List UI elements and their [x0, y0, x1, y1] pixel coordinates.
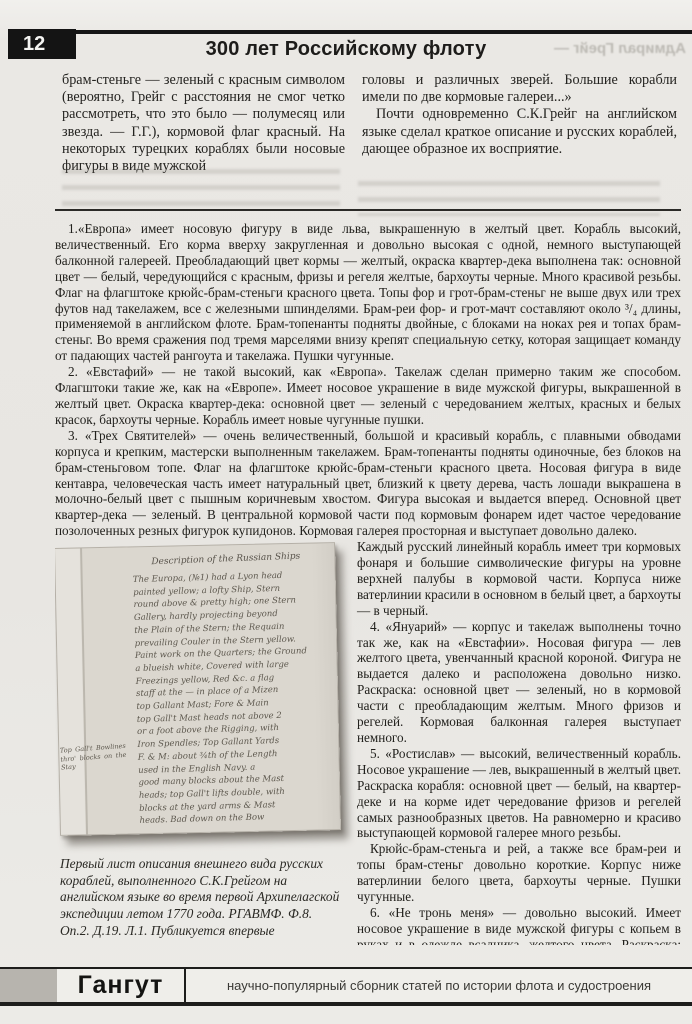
manuscript-margin-note: Top Gall't Bowlines thro' blocks on the … — [60, 742, 128, 772]
footer-gray-block — [0, 969, 57, 1002]
article-paragraph-2: 2. «Евстафий» — не такой высокий, как «Е… — [55, 364, 681, 428]
article-paragraph-3: 3. «Трех Святителей» — очень величествен… — [55, 428, 681, 539]
page-footer: Гангут научно-популярный сборник статей … — [0, 967, 692, 1006]
section-divider-rule — [55, 209, 681, 211]
intro-left-paragraph: брам-стеньге — зеленый с красным символо… — [62, 72, 345, 175]
intro-left-column: брам-стеньге — зеленый с красным символо… — [62, 72, 345, 175]
manuscript-photo: Description of the Russian Ships The Eur… — [55, 541, 343, 843]
intro-right-paragraph-1: головы и различных зверей. Большие кораб… — [362, 72, 677, 106]
page-header: 12 300 лет Российскому флоту Адмирал Гре… — [0, 29, 692, 63]
journal-subtitle: научно-популярный сборник статей по исто… — [186, 969, 692, 1002]
header-rule — [76, 30, 692, 34]
footer-row: Гангут научно-популярный сборник статей … — [0, 967, 692, 1002]
article-paragraph-1: 1.«Европа» имеет носовую фигуру в виде л… — [55, 221, 681, 364]
intro-columns: брам-стеньге — зеленый с красным символо… — [62, 72, 677, 175]
journal-logo: Гангут — [57, 969, 186, 1002]
bleed-through-header: Адмирал Грейг — — [554, 40, 686, 57]
intro-right-paragraph-2: Почти одновременно С.К.Грейг на английск… — [362, 106, 677, 158]
footer-bottom-rule — [0, 1002, 692, 1006]
manuscript-figure: Description of the Russian Ships The Eur… — [55, 541, 343, 939]
figure-caption: Первый лист описания внешнего вида русск… — [55, 856, 343, 939]
article-body: 1.«Европа» имеет носовую фигуру в виде л… — [55, 221, 681, 945]
manuscript-handwriting: The Europa, (№1) had a Lyon head painted… — [133, 569, 333, 828]
intro-right-column: головы и различных зверей. Большие кораб… — [362, 72, 677, 175]
manuscript-paper: Description of the Russian Ships The Eur… — [55, 542, 341, 836]
paper-crease — [80, 549, 88, 835]
